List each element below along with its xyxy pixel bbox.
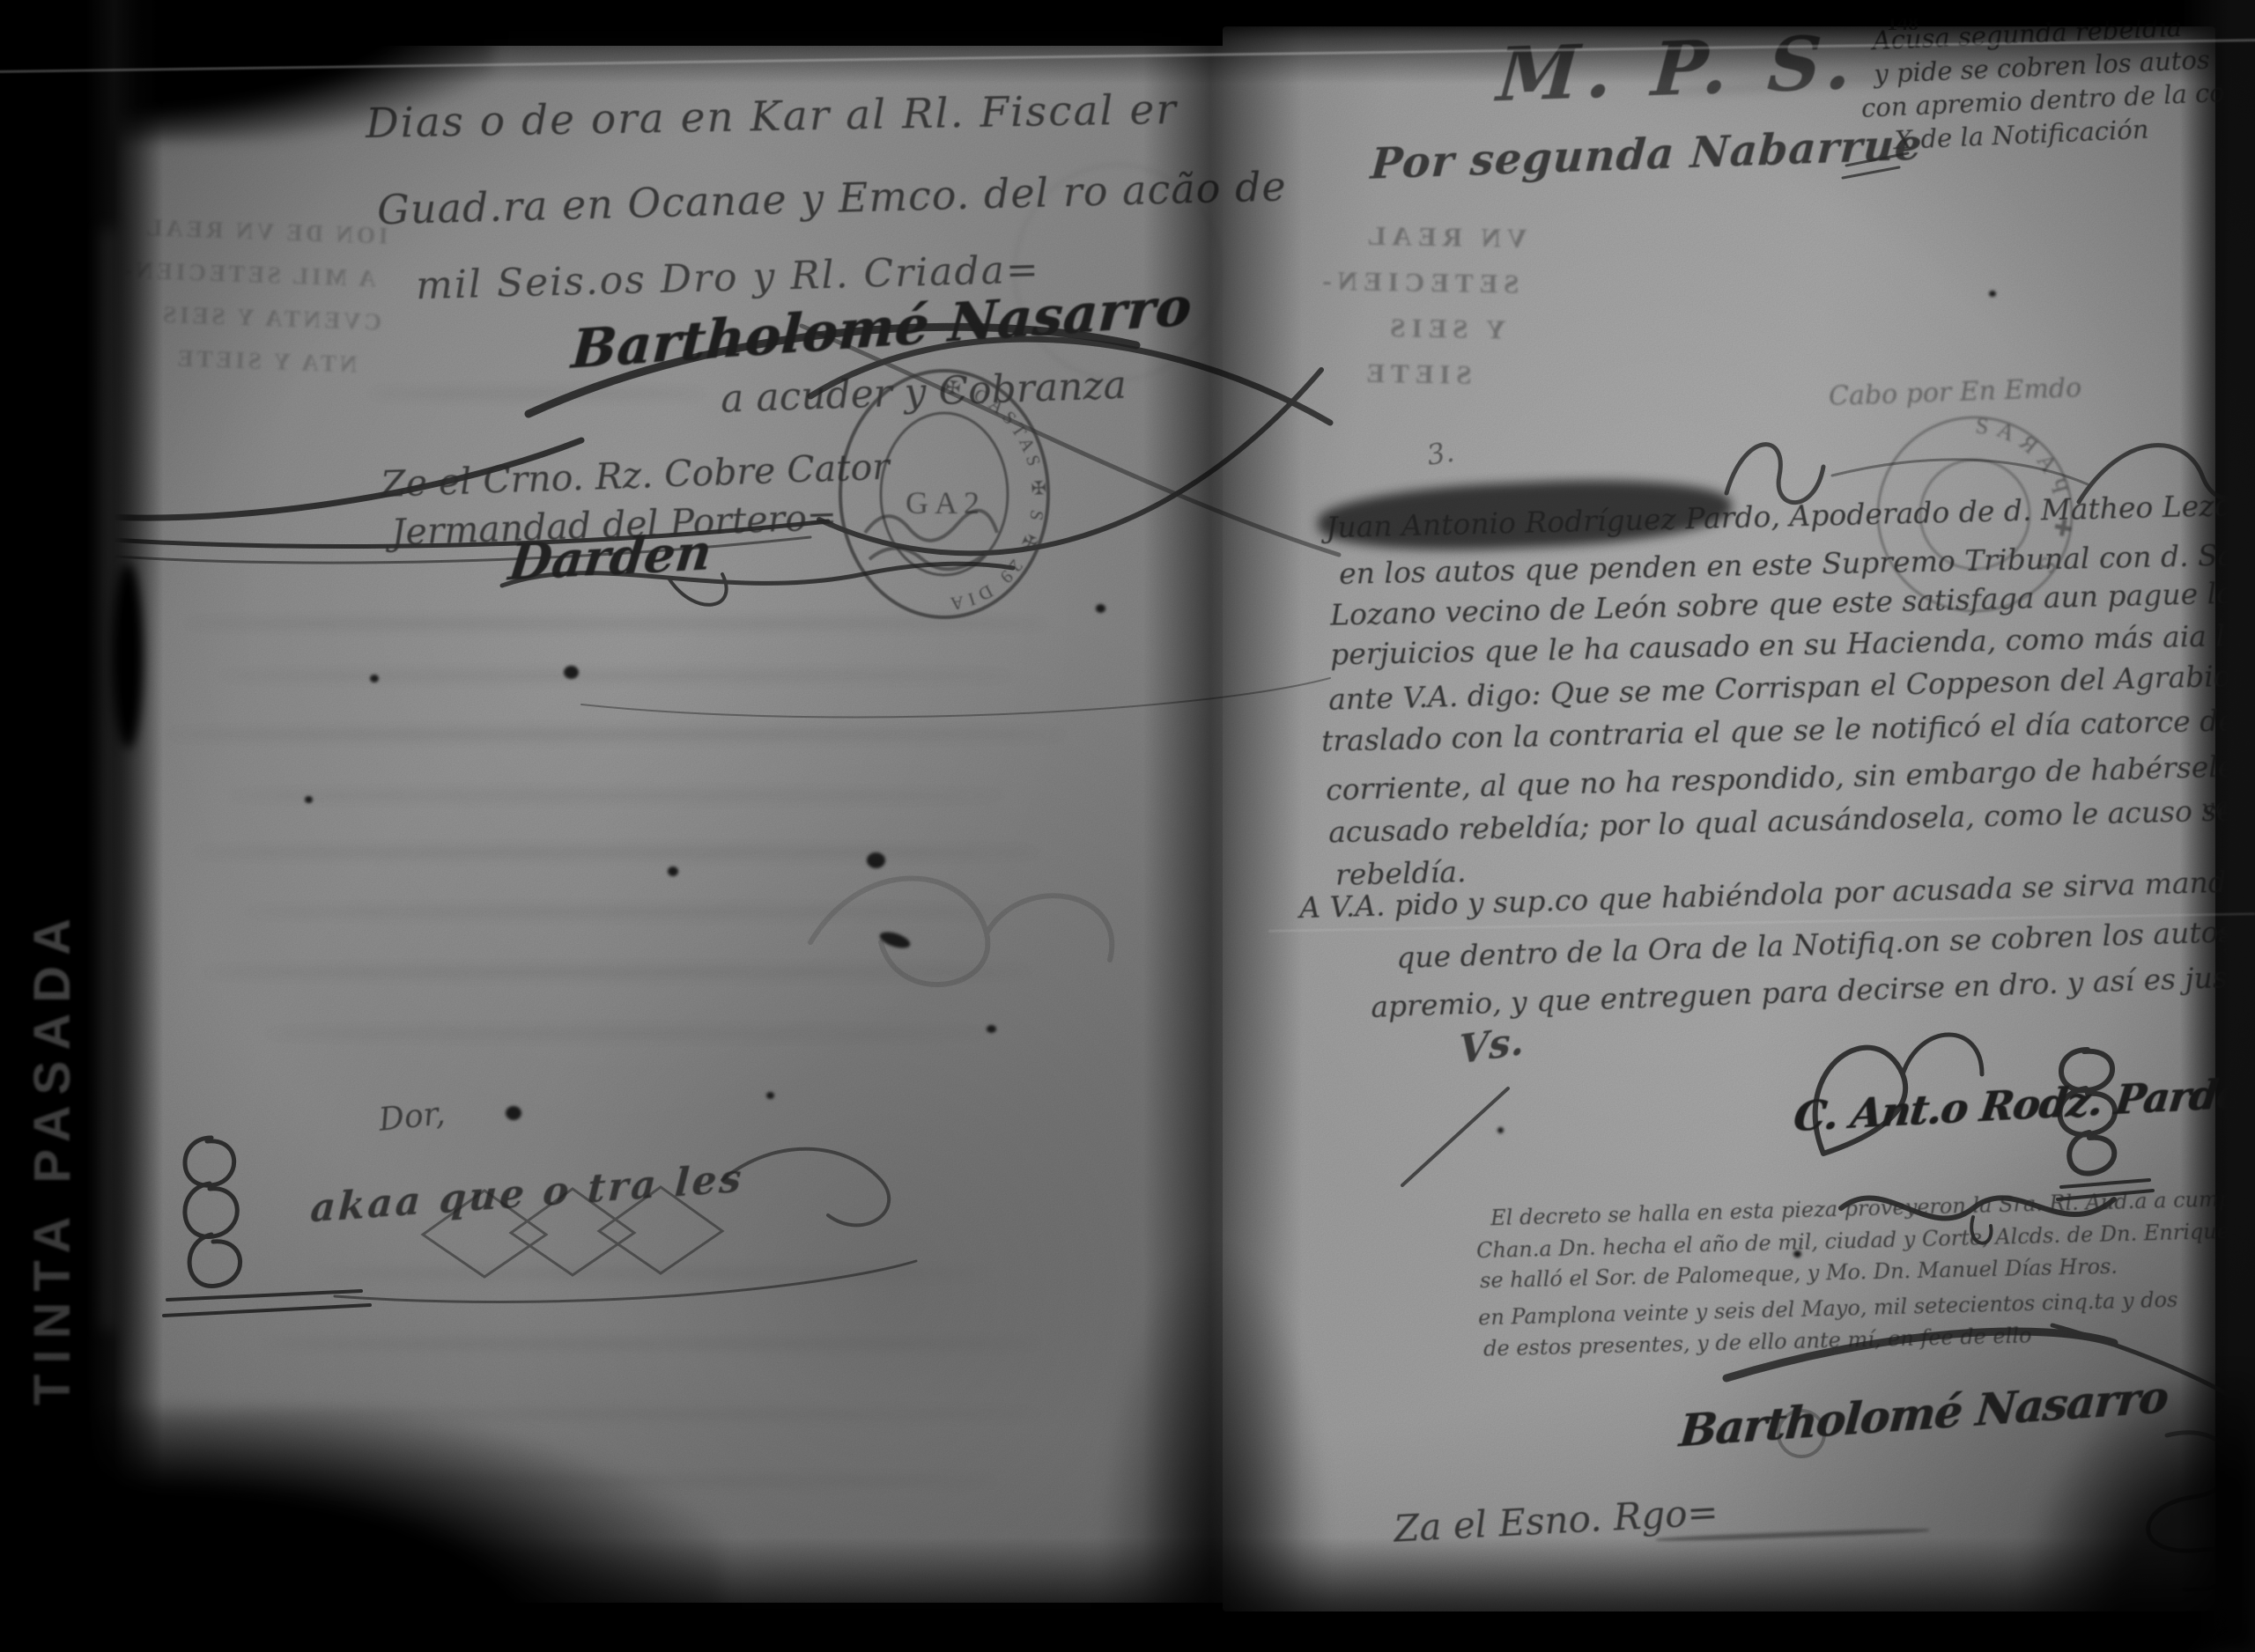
bleed-smudge <box>185 618 1048 629</box>
bleed-smudge <box>229 791 1004 800</box>
bleed-smudge <box>264 1029 987 1038</box>
left-bottom-flourish <box>159 1127 951 1339</box>
film-edge-label: TINTA PASADA <box>23 908 82 1405</box>
ink-blob <box>1096 604 1105 613</box>
ink-blob <box>766 1092 774 1099</box>
ink-blob <box>987 1025 996 1033</box>
petition-close: Vs. <box>1459 1019 1524 1073</box>
bleed-smudge <box>229 1409 1039 1420</box>
ink-blob <box>1793 1250 1801 1257</box>
catchword-body: va <box>2201 793 2230 822</box>
petition-close-stroke <box>1394 1080 1517 1194</box>
bleed-smudge <box>220 671 1013 681</box>
ink-blob <box>1497 1127 1504 1133</box>
left-faint-loops <box>793 837 1163 1030</box>
bleed-smudge <box>194 847 1039 858</box>
ink-blob <box>506 1106 521 1120</box>
bleed-smudge <box>370 389 705 398</box>
signature-final-flourish <box>1674 1294 2255 1611</box>
bleed-smudge <box>291 1476 995 1486</box>
ink-blob <box>668 867 678 876</box>
left-signature-secondary-flourish <box>493 520 1022 625</box>
right-bleedthrough-print: VN REAL SETECIEN- Y SEIS SIETE <box>1233 210 1527 399</box>
bleed-smudge <box>264 1339 1039 1349</box>
margin-note: Acusa segunda rebeldía y pide se cobren … <box>1872 8 2244 158</box>
right-header: M. P. S. <box>1495 18 1862 119</box>
microfilm-frame: ION DE VN REAL A MIL SETECIEN- CVENTA Y … <box>0 0 2255 1652</box>
ink-blob <box>1989 291 1996 297</box>
bleed-smudge <box>203 967 1031 977</box>
bleed-smudge <box>317 1268 987 1279</box>
aside-mark: 3. <box>1424 435 1457 473</box>
bleed-smudge <box>167 729 1066 740</box>
bleed-smudge <box>247 907 1004 917</box>
